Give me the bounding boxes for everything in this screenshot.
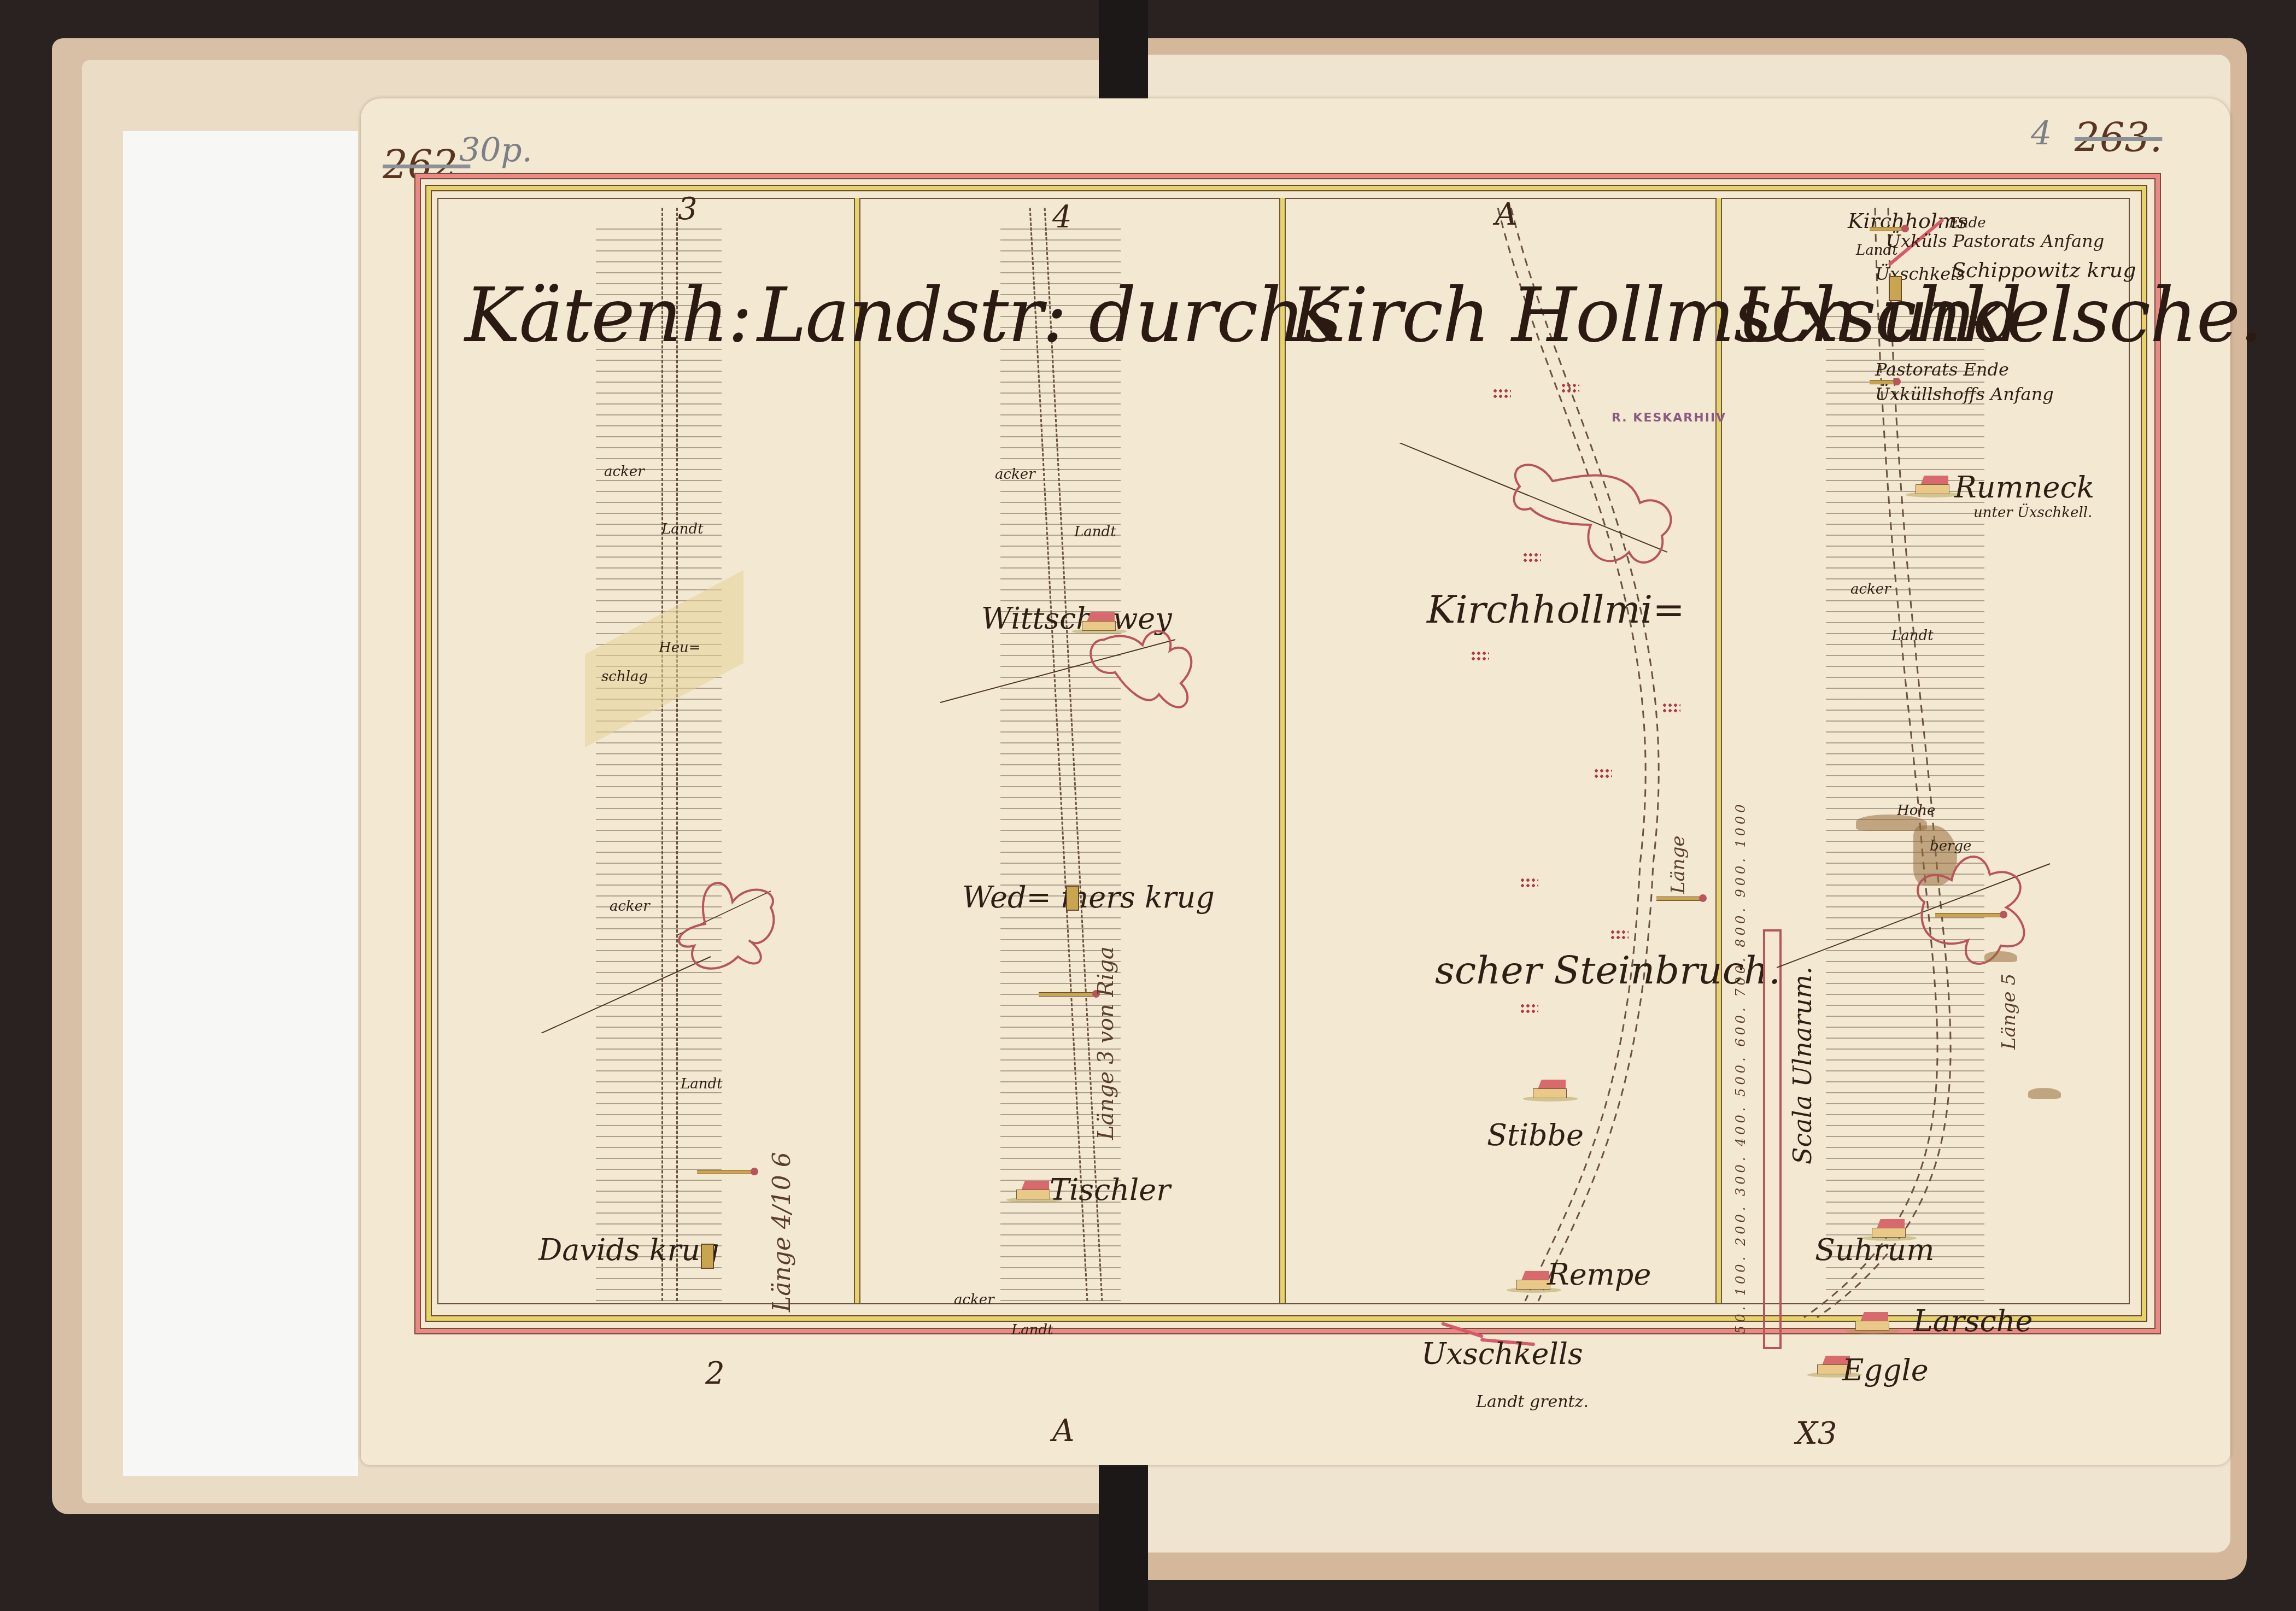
- distance-post-col4: [1935, 913, 2001, 917]
- field-hatching-col1: [596, 219, 722, 1301]
- bush-icon: [1594, 768, 1612, 779]
- distance-post-col2: [1039, 992, 1093, 997]
- hill-icon: [2028, 1088, 2061, 1099]
- distance-note-col4: Länge 5: [1998, 974, 2020, 1050]
- scale-tick: 400.: [1733, 1104, 1748, 1146]
- label-heuschlag-right: Heu=: [659, 641, 701, 655]
- label-heuschlag-left: schlag: [601, 670, 648, 684]
- route-marker-top-col2: 4: [1052, 200, 1072, 235]
- label-acker-1: acker: [995, 467, 1035, 482]
- label-uxschkells: Uxschkells: [1421, 1339, 1583, 1369]
- bush-icon: [1492, 388, 1511, 399]
- bush-icon: [1520, 1003, 1538, 1014]
- scale-tick: 600.: [1733, 1004, 1748, 1046]
- label-acker-1: acker: [604, 465, 645, 479]
- white-card-insert: [123, 131, 358, 1476]
- label-wedmers-krug: Wed= mers krug: [962, 883, 1215, 912]
- note-uxkullshoffs-anfang: Üxküllshoffs Anfang: [1875, 385, 2054, 403]
- label-davids-krug: Davids krug: [538, 1235, 719, 1265]
- folio-pencil-right: 4: [2031, 115, 2052, 153]
- compass-rose-icon: [1777, 842, 2061, 984]
- label-kirchholmi: Kirchhollmi=: [1427, 590, 1685, 629]
- label-acker: acker: [1850, 582, 1891, 596]
- scale-tick: 100.: [1733, 1253, 1748, 1296]
- scale-tick: 900.: [1733, 855, 1748, 897]
- house-icon: [1853, 1312, 1891, 1333]
- compass-rose-icon: [541, 869, 804, 1033]
- label-unter-uxschkell: unter Üxschkell.: [1973, 506, 2092, 520]
- scale-tick: 200.: [1733, 1204, 1748, 1246]
- compass-rose-icon: [1399, 443, 1684, 585]
- column-divider-3: [1715, 198, 1722, 1303]
- scale-tick: 300.: [1733, 1154, 1748, 1196]
- column-divider-1: [854, 198, 860, 1303]
- bush-icon: [1520, 877, 1538, 888]
- scale-ticks: 50. 100. 200. 300. 400. 500. 600. 700. 8…: [1733, 801, 1748, 1334]
- folio-number-right: 263.: [2075, 115, 2162, 161]
- label-stibbe: Stibbe: [1487, 1121, 1584, 1150]
- map-title-word-4: Uxschkelsche.: [1736, 279, 2262, 353]
- scale-bar: [1763, 929, 1782, 1349]
- hill-icon: [1984, 951, 2017, 962]
- house-icon: [1531, 1080, 1569, 1100]
- label-suhrum: Suhrum: [1815, 1235, 1934, 1265]
- distance-note-col1: Länge 4/10 6: [768, 1152, 796, 1312]
- route-marker-bottom-col2: A: [1052, 1413, 1074, 1449]
- map-title-word-2: Landstr: durchs: [757, 279, 1341, 353]
- label-landt-2: Landt: [1011, 1323, 1053, 1337]
- scale-tick: 800.: [1733, 905, 1748, 947]
- note-uxkuls-pastorats-anfang: Üxküls Pastorats Anfang: [1886, 232, 2104, 250]
- column-divider-2: [1279, 198, 1286, 1303]
- distance-post-col1: [697, 1170, 752, 1174]
- scale-tick: 50.: [1733, 1303, 1748, 1334]
- distance-note-col2: Länge 3 von Riga: [1093, 946, 1118, 1140]
- scale-tick: 1000: [1733, 801, 1748, 847]
- distance-note-col3: Länge: [1667, 835, 1689, 894]
- label-landt-grentz: Landt grentz.: [1476, 1394, 1589, 1410]
- map-title-word-1: Kätenh:: [465, 279, 752, 353]
- note-pastorats-ende: Pastorats Ende: [1875, 361, 2009, 378]
- label-eggle: Eggle: [1842, 1356, 1929, 1385]
- inn-icon: [1066, 886, 1079, 911]
- distance-post-col3: [1656, 897, 1700, 901]
- route-marker-bottom-col4: X3: [1796, 1416, 1837, 1451]
- label-rumneck: Rumneck: [1954, 473, 2094, 502]
- label-landt-1: Landt: [1074, 525, 1116, 539]
- route-marker-top-col1: 3: [678, 191, 698, 227]
- scale-tick: 500.: [1733, 1054, 1748, 1096]
- house-icon: [1913, 476, 1952, 496]
- road-col3: [1476, 208, 1695, 1328]
- label-larsche: Larsche: [1913, 1307, 2033, 1336]
- label-landt-2: Landt: [681, 1077, 723, 1091]
- label-rempe: Rempe: [1547, 1260, 1651, 1290]
- inn-icon: [701, 1244, 714, 1269]
- bush-icon: [1610, 929, 1629, 940]
- bush-icon: [1561, 383, 1579, 394]
- bush-icon: [1522, 552, 1541, 563]
- bush-icon: [1471, 651, 1489, 661]
- bush-icon: [1662, 702, 1680, 713]
- road-col1: [661, 208, 678, 1301]
- label-landt-1: Landt: [661, 522, 704, 536]
- label-steinbruch: scher Steinbruch.: [1435, 951, 1780, 989]
- label-tischler: Tischler: [1050, 1175, 1170, 1205]
- compass-rose-icon: [940, 629, 1203, 738]
- route-marker-bottom-col1: 2: [705, 1356, 725, 1391]
- note-ende: Ende: [1949, 216, 1986, 230]
- label-hohe: Hohe: [1897, 804, 1935, 818]
- label-landt: Landt: [1891, 629, 1934, 643]
- label-acker-2: acker: [954, 1293, 994, 1307]
- scale-tick: 700.: [1733, 954, 1748, 997]
- route-marker-top-col3: A: [1495, 197, 1517, 232]
- folio-pencil-left: 30p.: [459, 131, 532, 169]
- house-icon: [1014, 1181, 1052, 1202]
